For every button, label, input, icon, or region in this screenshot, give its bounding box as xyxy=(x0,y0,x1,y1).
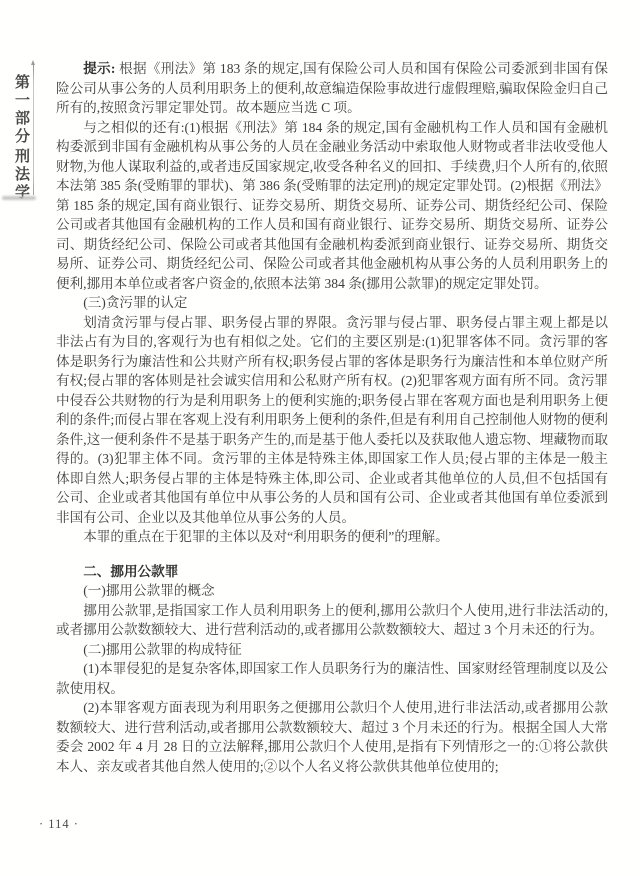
paragraph: (2)本罪客观方面表现为利用职务之便挪用公款归个人使用,进行非法活动,或者挪用公… xyxy=(56,698,608,776)
book-page: 第一部分 刑法学 提示: 根据《刑法》第 183 条的规定,国有保险公司人员和国… xyxy=(0,0,640,876)
paragraph-bold-lead: 提示: xyxy=(83,61,119,76)
paragraph: 本罪的重点在于犯罪的主体以及对“利用职务的便利”的理解。 xyxy=(56,527,608,547)
section-heading: 二、挪用公款罪 xyxy=(56,562,608,582)
paragraph: 提示: 根据《刑法》第 183 条的规定,国有保险公司人员和国有保险公司委派到非… xyxy=(56,59,608,118)
content-column: 提示: 根据《刑法》第 183 条的规定,国有保险公司人员和国有保险公司委派到非… xyxy=(56,59,608,776)
paragraph: (三)贪污罪的认定 xyxy=(56,293,608,313)
scan-ink-smudge xyxy=(2,196,36,200)
paragraph: (一)挪用公款罪的概念 xyxy=(56,581,608,601)
page-number: · 114 · xyxy=(39,817,79,832)
margin-annotation-line xyxy=(33,64,34,195)
paragraph: (二)挪用公款罪的构成特征 xyxy=(56,640,608,660)
paragraph: 挪用公款罪,是指国家工作人员利用职务上的便利,挪用公款归个人使用,进行非法活动的… xyxy=(56,601,608,640)
paragraph: (1)本罪侵犯的是复杂客体,即国家工作人员职务行为的廉洁性、国家财经管理制度以及… xyxy=(56,659,608,698)
paragraph: 与之相似的还有:(1)根据《刑法》第 184 条的规定,国有金融机构工作人员和国… xyxy=(56,118,608,294)
paragraph: 划清贪污罪与侵占罪、职务侵占罪的界限。贪污罪与侵占罪、职务侵占罪主观上都是以非法… xyxy=(56,313,608,528)
sidebar-subject-label: 刑法学 xyxy=(11,148,32,202)
sidebar-part-label: 第一部分 xyxy=(11,74,32,146)
